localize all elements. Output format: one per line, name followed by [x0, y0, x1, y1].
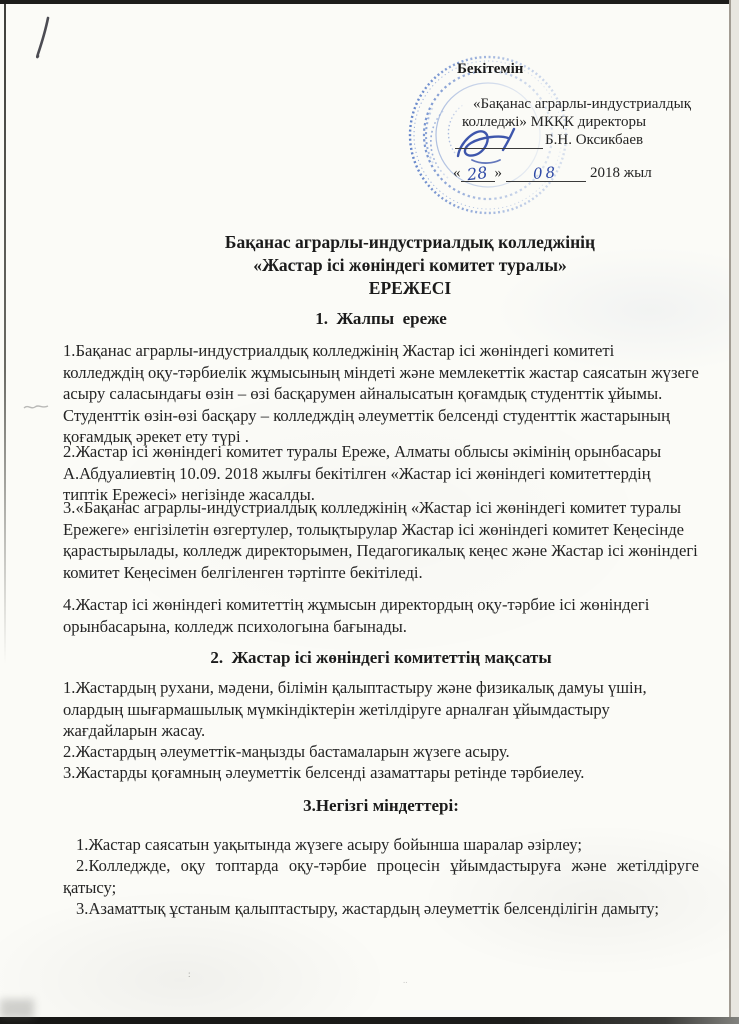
- handwritten-day: 28: [466, 163, 489, 184]
- title-line2: «Жастар ісі жөніндегі комитет туралы»: [80, 254, 739, 277]
- director-name: Б.Н. Оксикбаев: [545, 132, 643, 148]
- quote-open: «: [453, 165, 461, 181]
- title-line1: Бақанас аграрлы-индустриалдық колледжіні…: [80, 231, 739, 254]
- section-2-heading: 2. Жастар ісі жөніндегі комитеттің мақса…: [63, 648, 699, 668]
- pen-mark: [24, 12, 64, 68]
- paragraph: 2.Жастардың әлеуметтік-маңызды бастамала…: [63, 741, 699, 763]
- paragraph: 3.Жастарды қоғамның әлеуметтік белсенді …: [63, 762, 699, 784]
- signature-row: Б.Н. Оксикбаев: [455, 132, 643, 149]
- scan-speck: ..: [403, 976, 408, 985]
- paragraph: 1.Бақанас аграрлы-индустриалдық колледжі…: [63, 340, 699, 448]
- scan-right-edge: [729, 0, 739, 1024]
- section-1-heading: 1. Жалпы ереже: [63, 309, 699, 329]
- document-title: Бақанас аграрлы-индустриалдық колледжіні…: [80, 231, 739, 300]
- scan-bottom-edge: [0, 1017, 739, 1024]
- approval-date: «28»082018 жыл: [453, 164, 652, 182]
- margin-squiggle: [22, 400, 52, 414]
- scan-smudge: [0, 999, 34, 1019]
- paragraph: 1.Жастардың рухани, мәдени, білімін қалы…: [63, 677, 699, 742]
- day-field: 28: [461, 164, 495, 182]
- scanned-document-page: : .. Бекітемін «Бақанас аграрлы-индустри: [0, 0, 739, 1024]
- paragraph: 2.Колледжде, оқу топтарда оқу-тәрбие про…: [63, 855, 699, 898]
- section-3-heading: 3.Негізгі міндеттері:: [63, 796, 699, 816]
- paragraph: 4.Жастар ісі жөніндегі комитеттің жұмысы…: [63, 594, 699, 637]
- paragraph: 1.Жастар саясатын уақытында жүзеге асыру…: [63, 834, 699, 856]
- title-line3: ЕРЕЖЕСІ: [80, 277, 739, 300]
- approval-label: Бекітемін: [457, 61, 523, 78]
- paragraph: 3.Азаматтық ұстаным қалыптастыру, жастар…: [63, 898, 699, 920]
- scan-left-edge: [4, 4, 6, 664]
- handwritten-month: 08: [533, 163, 559, 183]
- month-field: 08: [506, 164, 586, 182]
- scan-speck: :: [188, 970, 191, 979]
- quote-close: »: [495, 165, 503, 181]
- year-label: 2018 жыл: [590, 165, 652, 181]
- signature-line: [455, 132, 543, 149]
- paragraph: 3.«Бақанас аграрлы-индустриалдық колледж…: [63, 497, 699, 583]
- paragraph: 2.Жастар ісі жөніндегі комитет туралы Ер…: [63, 441, 699, 506]
- scan-top-edge: [0, 0, 739, 4]
- org-name-line1: «Бақанас аграрлы-индустриалдық: [473, 96, 691, 113]
